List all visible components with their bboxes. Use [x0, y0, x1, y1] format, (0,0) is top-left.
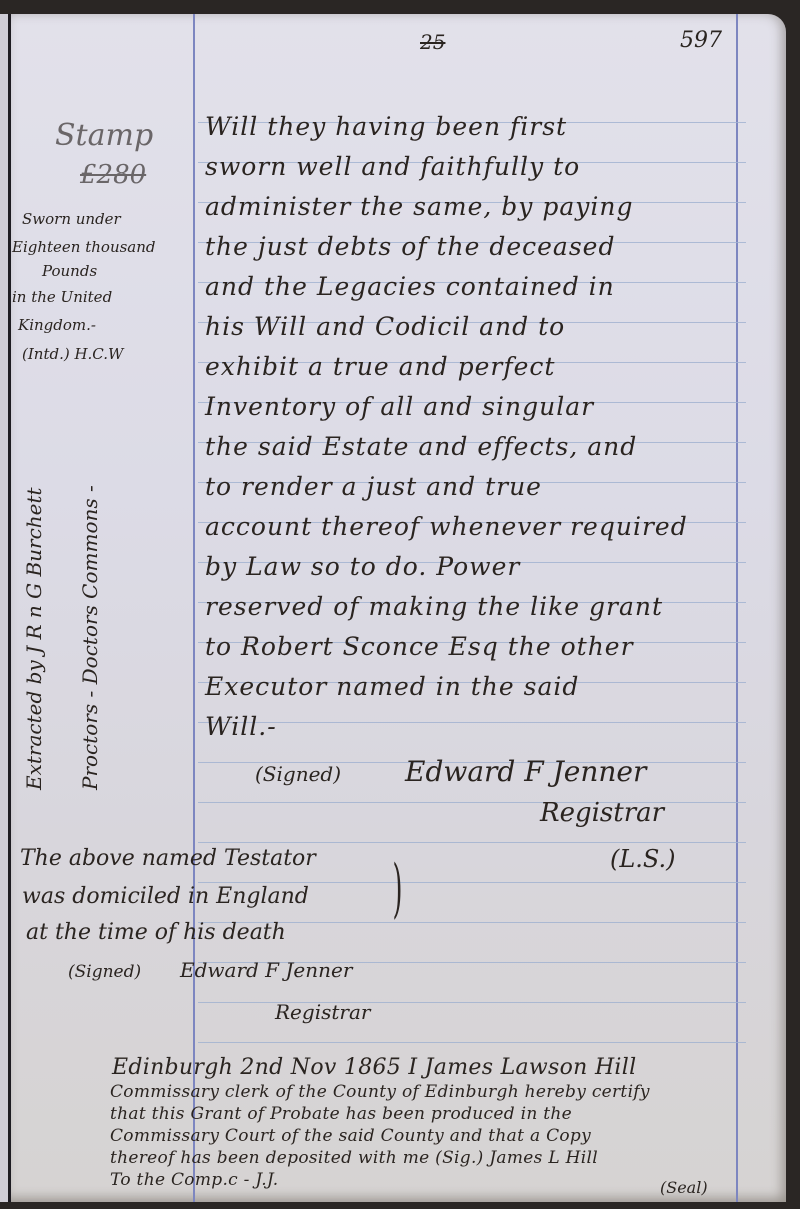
domicile-signature: Edward F Jenner [180, 958, 352, 982]
main-text-line: the just debts of the deceased [205, 232, 615, 261]
certificate-line: To the Comp.c - J.J. [110, 1170, 278, 1190]
extracted-by: Extracted by J R n G Burchett [22, 487, 46, 790]
domicile-signed-label: (Signed) [68, 962, 141, 982]
registrar-title: Registrar [540, 798, 664, 828]
certificate-line: thereof has been deposited with me (Sig.… [110, 1148, 598, 1168]
main-text-line: by Law so to do. Power [205, 552, 520, 581]
domicile-line: at the time of his death [26, 920, 286, 945]
ruled-line [198, 1042, 746, 1043]
seal-mark: (L.S.) [610, 845, 676, 873]
folio-struck: 25 [420, 30, 445, 54]
certificate-line: that this Grant of Probate has been prod… [110, 1104, 572, 1124]
stamp-label: Stamp [55, 118, 153, 153]
certificate-line: Commissary clerk of the County of Edinbu… [110, 1082, 650, 1102]
domicile-signatory-title: Registrar [275, 1000, 370, 1024]
domicile-line: The above named Testator [20, 846, 316, 871]
margin-sworn-line: Eighteen thousand [12, 238, 156, 256]
main-text-line: reserved of making the like grant [205, 592, 663, 621]
main-text-line: the said Estate and effects, and [205, 432, 637, 461]
domicile-line: was domiciled in England [22, 884, 309, 909]
main-text-line: account thereof whenever required [205, 512, 688, 541]
margin-sworn-line: in the United [12, 288, 112, 306]
margin-sworn-line: Kingdom.- [18, 316, 96, 334]
main-text-line: and the Legacies contained in [205, 272, 615, 301]
right-margin-rule [736, 14, 738, 1202]
main-text-line: Inventory of all and singular [205, 392, 594, 421]
main-text-line: his Will and Codicil and to [205, 312, 565, 341]
signed-label: (Signed) [255, 762, 341, 786]
main-text-line: administer the same, by paying [205, 192, 634, 221]
main-text-line: Will they having been first [205, 112, 567, 141]
main-text-line: exhibit a true and perfect [205, 352, 555, 381]
stamp-amount: £280 [80, 160, 146, 190]
margin-rule [193, 14, 195, 1202]
registrar-signature: Edward F Jenner [405, 755, 646, 788]
ruled-line [198, 882, 746, 883]
certificate-seal: (Seal) [660, 1178, 708, 1197]
proctors-note: Proctors - Doctors Commons - [78, 485, 102, 790]
bracket: ) [392, 852, 402, 926]
page-number: 597 [680, 28, 722, 53]
certificate-line: Commissary Court of the said County and … [110, 1126, 591, 1146]
main-text-line: to Robert Sconce Esq the other [205, 632, 634, 661]
certificate-line: Edinburgh 2nd Nov 1865 I James Lawson Hi… [112, 1055, 636, 1080]
main-text-line: sworn well and faithfully to [205, 152, 580, 181]
ruled-line [198, 722, 746, 723]
margin-initials: (Intd.) H.C.W [22, 345, 123, 363]
main-text-line: Will.- [205, 712, 277, 741]
main-text-line: to render a just and true [205, 472, 542, 501]
binding-line [8, 14, 11, 1202]
ruled-line [198, 842, 746, 843]
main-text-line: Executor named in the said [205, 672, 579, 701]
margin-sworn-line: Sworn under [22, 210, 121, 228]
margin-sworn-line: Pounds [42, 262, 97, 280]
